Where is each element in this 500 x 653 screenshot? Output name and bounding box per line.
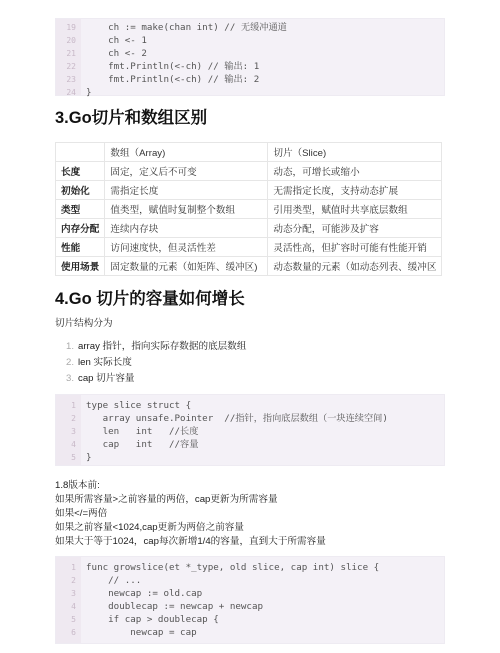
table-header-cell: 数组（Array)	[105, 143, 268, 162]
code-line: 3 newcap := old.cap	[56, 587, 444, 600]
code-text: fmt.Println(<-ch) // 输出: 2	[86, 73, 259, 86]
table-cell: 灵活性高，但扩容时可能有性能开销	[268, 238, 442, 257]
code-line: 2 array unsafe.Pointer //指针，指向底层数组（一块连续空…	[56, 412, 444, 425]
code-text: doublecap := newcap + newcap	[86, 600, 263, 613]
code-line: 3 len int //长度	[56, 425, 444, 438]
list-number: 3.	[66, 373, 74, 384]
table-cell: 需指定长度	[105, 181, 268, 200]
row-header: 长度	[56, 162, 105, 181]
line-number: 20	[56, 34, 76, 47]
code-text: // ...	[86, 574, 141, 587]
table-row: 长度 固定，定义后不可变 动态，可增长或缩小	[56, 162, 442, 181]
list-number: 2.	[66, 357, 74, 368]
code-text: array unsafe.Pointer //指针，指向底层数组（一块连续空间)	[86, 412, 388, 425]
list-text: array 指针，指向实际存数据的底层数组	[78, 341, 246, 352]
line-number: 3	[56, 425, 76, 438]
line-number: 24	[56, 86, 76, 99]
note-line: 如果之前容量<1024,cap更新为两倍之前容量	[55, 519, 244, 533]
code-text: }	[86, 86, 92, 99]
line-number: 6	[56, 626, 76, 639]
list-text: cap 切片容量	[78, 373, 135, 384]
table-cell: 动态分配，可能涉及扩容	[268, 219, 442, 238]
table-row: 初始化 需指定长度 无需指定长度，支持动态扩展	[56, 181, 442, 200]
note-line: 如果大于等于1024，cap每次新增1/4的容量，直到大于所需容量	[55, 533, 326, 547]
code-line: 5}	[56, 451, 444, 464]
code-line: 5 if cap > doublecap {	[56, 613, 444, 626]
list-item: 2.len 实际长度	[66, 354, 132, 368]
line-number: 4	[56, 438, 76, 451]
line-number: 19	[56, 21, 76, 34]
line-number: 1	[56, 399, 76, 412]
array-slice-comparison-table: 数组（Array) 切片（Slice) 长度 固定，定义后不可变 动态，可增长或…	[55, 142, 442, 276]
table-header-cell: 切片（Slice)	[268, 143, 442, 162]
code-block-slice-struct: 1type slice struct { 2 array unsafe.Poin…	[55, 394, 445, 466]
table-cell: 固定，定义后不可变	[105, 162, 268, 181]
code-line: 4 cap int //容量	[56, 438, 444, 451]
note-line: 如果</=两倍	[55, 505, 107, 519]
table-cell: 引用类型，赋值时共享底层数组	[268, 200, 442, 219]
list-text: len 实际长度	[78, 357, 132, 368]
code-text: ch <- 2	[86, 47, 147, 60]
code-text: cap int //容量	[86, 438, 198, 451]
code-line: 2 // ...	[56, 574, 444, 587]
table-cell: 动态数量的元素（如动态列表、缓冲区	[268, 257, 442, 276]
table-row: 性能 访问速度快，但灵活性差 灵活性高，但扩容时可能有性能开销	[56, 238, 442, 257]
line-number: 2	[56, 412, 76, 425]
code-line: 19 ch := make(chan int) // 无缓冲通道	[56, 21, 444, 34]
table-header-cell	[56, 143, 105, 162]
table-row: 使用场景 固定数量的元素（如矩阵、缓冲区) 动态数量的元素（如动态列表、缓冲区	[56, 257, 442, 276]
code-line: 1func growslice(et *_type, old slice, ca…	[56, 561, 444, 574]
line-number: 5	[56, 451, 76, 464]
code-text: len int //长度	[86, 425, 198, 438]
table-cell: 连续内存块	[105, 219, 268, 238]
code-text: type slice struct {	[86, 399, 191, 412]
code-text: ch := make(chan int) // 无缓冲通道	[86, 21, 287, 34]
code-block-growslice: 1func growslice(et *_type, old slice, ca…	[55, 556, 445, 644]
line-number: 22	[56, 60, 76, 73]
code-line: 4 doublecap := newcap + newcap	[56, 600, 444, 613]
line-number: 4	[56, 600, 76, 613]
code-line: 20 ch <- 1	[56, 34, 444, 47]
line-number: 1	[56, 561, 76, 574]
list-item: 3.cap 切片容量	[66, 370, 135, 384]
table-row: 内存分配 连续内存块 动态分配，可能涉及扩容	[56, 219, 442, 238]
code-line: 24}	[56, 86, 444, 99]
section-4-heading: 4.Go 切片的容量如何增长	[55, 285, 245, 309]
line-number: 3	[56, 587, 76, 600]
code-line: 22 fmt.Println(<-ch) // 输出: 1	[56, 60, 444, 73]
code-text: fmt.Println(<-ch) // 输出: 1	[86, 60, 259, 73]
table-cell: 无需指定长度，支持动态扩展	[268, 181, 442, 200]
line-number: 2	[56, 574, 76, 587]
code-text: func growslice(et *_type, old slice, cap…	[86, 561, 379, 574]
table-header-row: 数组（Array) 切片（Slice)	[56, 143, 442, 162]
line-number: 23	[56, 73, 76, 86]
row-header: 性能	[56, 238, 105, 257]
note-line: 如果所需容量>之前容量的两倍，cap更新为所需容量	[55, 491, 278, 505]
code-line: 6 newcap = cap	[56, 626, 444, 639]
table-cell: 固定数量的元素（如矩阵、缓冲区)	[105, 257, 268, 276]
code-line: 21 ch <- 2	[56, 47, 444, 60]
code-line: 1type slice struct {	[56, 399, 444, 412]
row-header: 类型	[56, 200, 105, 219]
list-number: 1.	[66, 341, 74, 352]
note-line: 1.8版本前:	[55, 477, 100, 491]
code-text: ch <- 1	[86, 34, 147, 47]
intro-text: 切片结构分为	[55, 315, 113, 329]
code-text: newcap = cap	[86, 626, 197, 639]
table-cell: 动态，可增长或缩小	[268, 162, 442, 181]
list-item: 1.array 指针，指向实际存数据的底层数组	[66, 338, 246, 352]
line-number: 5	[56, 613, 76, 626]
row-header: 内存分配	[56, 219, 105, 238]
code-line: 23 fmt.Println(<-ch) // 输出: 2	[56, 73, 444, 86]
line-number: 21	[56, 47, 76, 60]
code-text: if cap > doublecap {	[86, 613, 219, 626]
code-text: newcap := old.cap	[86, 587, 202, 600]
section-3-heading: 3.Go切片和数组区别	[55, 104, 207, 128]
code-text: }	[86, 451, 92, 464]
table-cell: 值类型，赋值时复制整个数组	[105, 200, 268, 219]
code-block-channel: 19 ch := make(chan int) // 无缓冲通道 20 ch <…	[55, 18, 445, 96]
row-header: 初始化	[56, 181, 105, 200]
row-header: 使用场景	[56, 257, 105, 276]
table-cell: 访问速度快，但灵活性差	[105, 238, 268, 257]
table-row: 类型 值类型，赋值时复制整个数组 引用类型，赋值时共享底层数组	[56, 200, 442, 219]
